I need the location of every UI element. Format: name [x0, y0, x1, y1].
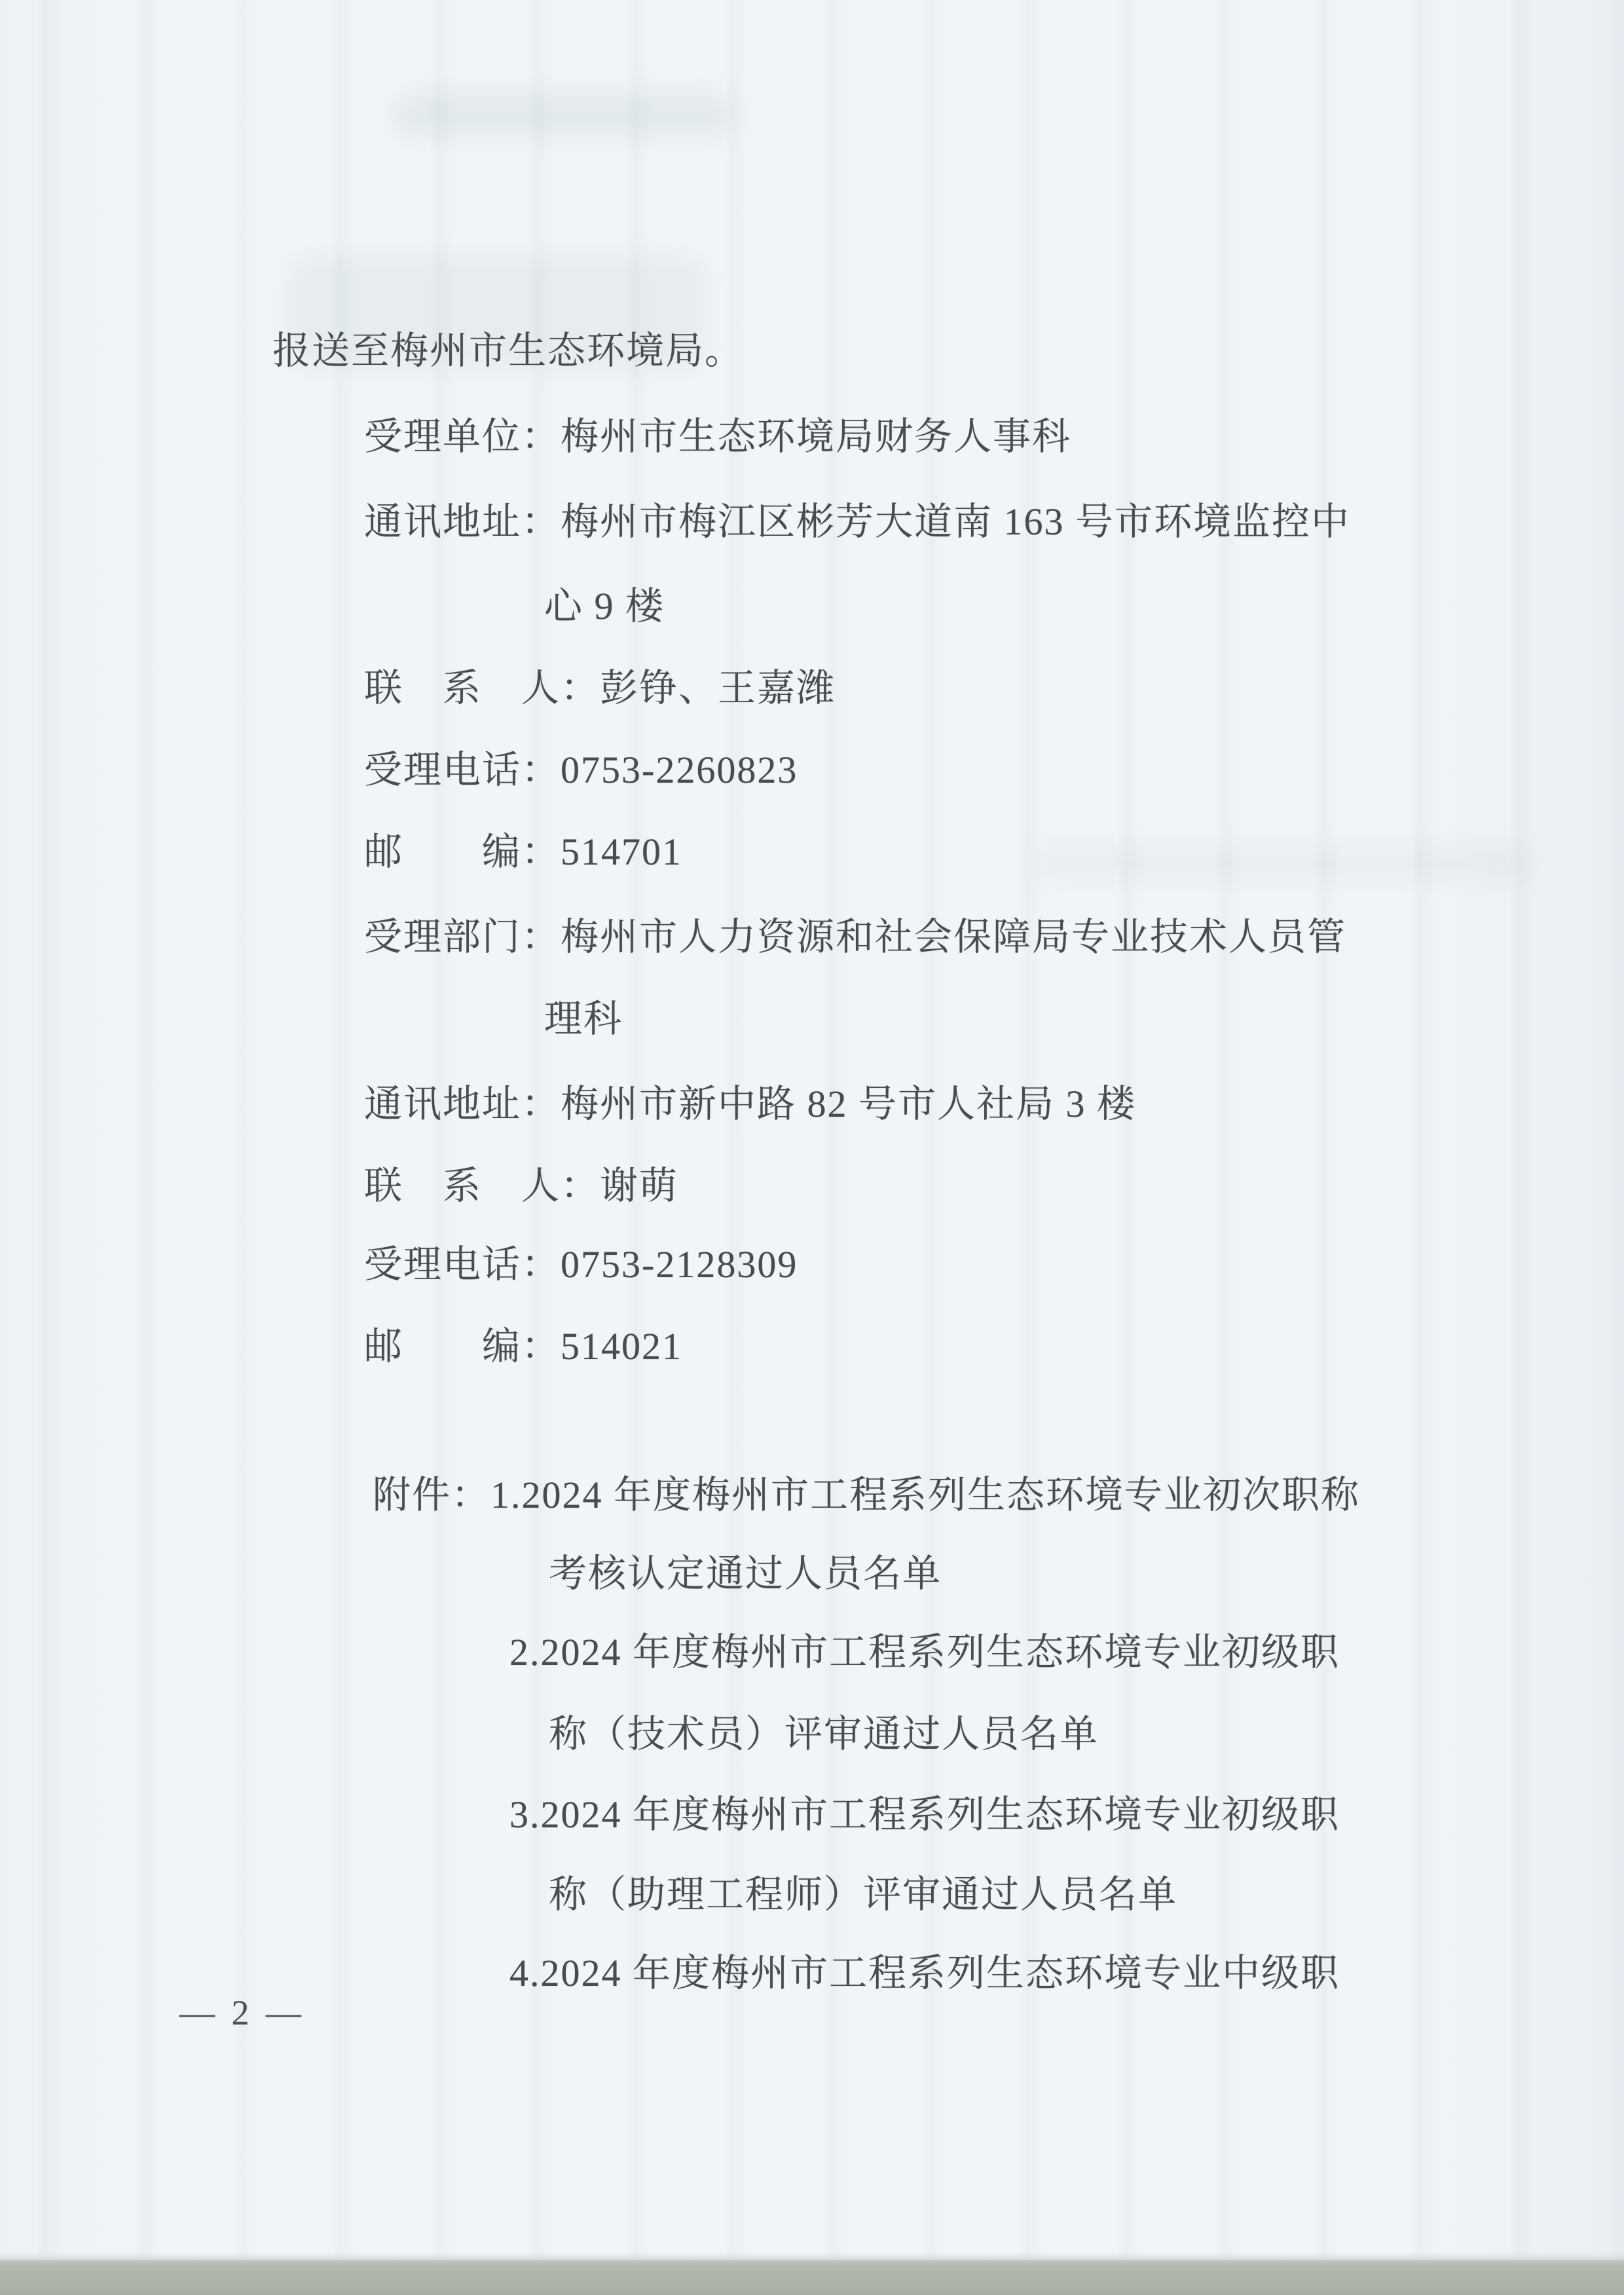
field-label: 通讯地址：	[364, 500, 561, 543]
field-label: 受理电话：	[364, 749, 561, 791]
field-label: 邮 编：	[364, 830, 561, 873]
office1-address-line1: 通讯地址：梅州市梅江区彬芳大道南 163 号市环境监控中	[321, 461, 1350, 583]
field-value: 梅州市新中路 82 号市人社局 3 楼	[561, 1083, 1136, 1125]
attachment-text: 1.2024 年度梅州市工程系列生态环境专业初次职称	[490, 1474, 1360, 1516]
attachments-label: 附件：	[373, 1474, 490, 1516]
bleed-through-smudge	[393, 92, 733, 138]
field-value: 0753-2128309	[561, 1243, 798, 1286]
field-label: 受理单位：	[364, 415, 561, 458]
field-value: 0753-2260823	[561, 749, 798, 791]
field-value: 514021	[561, 1325, 682, 1368]
attachment-text: 2.2024 年度梅州市工程系列生态环境专业初级职	[509, 1631, 1340, 1673]
field-label: 受理部门：	[364, 916, 561, 958]
bleed-through-smudge	[1035, 845, 1532, 881]
field-value: 梅州市梅江区彬芳大道南 163 号市环境监控中	[561, 500, 1350, 543]
field-value: 梅州市生态环境局财务人事科	[561, 415, 1071, 458]
scanned-document-page: 报送至梅州市生态环境局。 受理单位：梅州市生态环境局财务人事科 通讯地址：梅州市…	[0, 0, 1624, 2295]
field-value: 梅州市人力资源和社会保障局专业技术人员管	[561, 916, 1346, 958]
field-value: 彭铮、王嘉潍	[600, 667, 836, 709]
intro-text: 报送至梅州市生态环境局。	[272, 329, 744, 372]
paper-bottom-edge-shadow	[0, 2252, 1624, 2260]
attachment-text: 3.2024 年度梅州市工程系列生态环境专业初级职	[509, 1793, 1340, 1836]
scanner-background-band	[0, 2260, 1624, 2295]
field-value: 谢萌	[600, 1165, 678, 1207]
office2-dept-line1: 受理部门：梅州市人力资源和社会保障局专业技术人员管	[321, 876, 1346, 998]
attachment-text: 考核认定通过人员名单	[549, 1552, 942, 1595]
field-label: 联 系 人：	[364, 667, 600, 709]
field-value: 514701	[561, 830, 682, 873]
attachment-text: 4.2024 年度梅州市工程系列生态环境专业中级职	[509, 1952, 1340, 1994]
field-label: 联 系 人：	[364, 1165, 600, 1207]
attachment-item-4-line1: 4.2024 年度梅州市工程系列生态环境专业中级职	[466, 1912, 1340, 2034]
office2-zip-line: 邮 编：514021	[321, 1286, 682, 1408]
field-value: 理科	[544, 998, 623, 1040]
field-label: 通讯地址：	[364, 1083, 561, 1125]
field-label: 邮 编：	[364, 1325, 561, 1368]
field-label: 受理电话：	[364, 1243, 561, 1286]
attachment-text: 称（技术员）评审通过人员名单	[549, 1713, 1099, 1755]
page-number: — 2 —	[157, 1992, 327, 2033]
field-value: 心 9 楼	[544, 585, 665, 627]
attachment-text: 称（助理工程师）评审通过人员名单	[549, 1873, 1177, 1916]
